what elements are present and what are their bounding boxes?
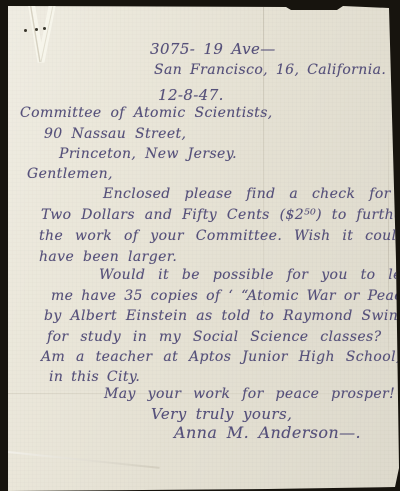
sender-address-city: San Francisco, 16, California.	[154, 62, 386, 78]
recipient-name: Committee of Atomic Scientists,	[20, 105, 273, 121]
body-p2-line1: Would it be possible for you to let	[99, 267, 400, 283]
sender-address-street: 3075- 19 Ave—	[150, 40, 276, 58]
body-p1-line1: Enclosed please find a check for	[103, 186, 391, 202]
body-p1-line2: Two Dollars and Fifty Cents ($2⁵⁰) to fu…	[41, 207, 400, 223]
body-p2-line2: me have 35 copies of ‘ “Atomic War or Pe…	[51, 288, 400, 304]
date-line: 12-8-47.	[158, 86, 224, 104]
body-p1-line3: the work of your Committee. Wish it coul…	[39, 228, 400, 244]
body-p2-line3: by Albert Einstein as told to Raymond Sw…	[44, 308, 400, 324]
letter-paper: 3075- 19 Ave—San Francisco, 16, Californ…	[0, 0, 400, 491]
body-p2-line6: in this City.	[49, 369, 140, 385]
letter-text: 3075- 19 Ave—San Francisco, 16, Californ…	[0, 0, 400, 491]
body-p2-line4: for study in my Social Science classes?	[47, 329, 382, 345]
closing: Very truly yours,	[151, 405, 292, 423]
recipient-city: Princeton, New Jersey.	[59, 146, 237, 162]
signature: Anna M. Anderson—.	[174, 423, 361, 442]
scanned-letter-page: 3075- 19 Ave—San Francisco, 16, Californ…	[0, 0, 400, 491]
body-p1-line4: have been larger.	[39, 249, 177, 265]
recipient-street: 90 Nassau Street,	[44, 126, 186, 142]
body-p2-line5: Am a teacher at Aptos Junior High School…	[41, 349, 400, 365]
body-p3-line1: May your work for peace prosper!	[104, 386, 395, 402]
salutation: Gentlemen,	[27, 166, 113, 182]
